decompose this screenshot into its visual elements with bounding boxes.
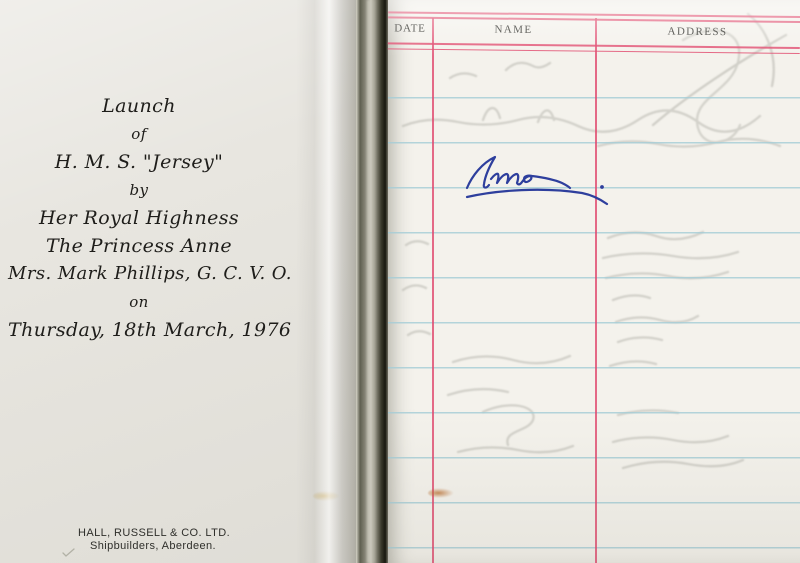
column-header-date: DATE	[388, 22, 432, 34]
ceremony-line: Thursday, 18th March, 1976	[8, 316, 270, 344]
stain	[428, 488, 454, 498]
ceremony-line: Launch	[8, 92, 270, 120]
pencil-check-mark	[62, 548, 76, 558]
ceremony-line: Mrs. Mark Phillips, G. C. V. O.	[8, 260, 270, 288]
column-divider-line	[432, 18, 434, 563]
header-rule-line	[388, 48, 800, 54]
left-page-edge-crease	[296, 0, 362, 563]
ceremony-text: Launch of H. M. S. "Jersey" by Her Royal…	[8, 92, 270, 344]
ceremony-line: Her Royal Highness	[8, 204, 270, 232]
ceremony-line: on	[8, 288, 270, 316]
column-header-address: ADDRESS	[595, 25, 800, 39]
ledger-header: DATE NAME ADDRESS	[388, 0, 800, 60]
printer-imprint: HALL, RUSSELL & CO. LTD. Shipbuilders, A…	[78, 527, 230, 553]
column-divider-line	[595, 18, 597, 563]
ceremony-line: H. M. S. "Jersey"	[8, 148, 270, 176]
signature-ink	[458, 148, 618, 212]
imprint-line: Shipbuilders, Aberdeen.	[78, 540, 230, 553]
book-gutter	[356, 0, 390, 563]
visitors-book-page: DATE NAME ADDRESS Anne.	[388, 0, 800, 563]
gutter-highlight	[367, 0, 370, 563]
gutter-highlight	[373, 0, 375, 563]
imprint-line: HALL, RUSSELL & CO. LTD.	[78, 527, 230, 540]
anne-signature: Anne.	[458, 148, 618, 212]
ceremony-line: The Princess Anne	[8, 232, 270, 260]
ceremony-line: of	[8, 120, 270, 148]
left-page: Launch of H. M. S. "Jersey" by Her Royal…	[0, 0, 362, 563]
column-header-name: NAME	[432, 23, 595, 37]
scanned-book-spread: Launch of H. M. S. "Jersey" by Her Royal…	[0, 0, 800, 563]
ceremony-line: by	[8, 176, 270, 204]
header-rule-line	[388, 16, 800, 22]
